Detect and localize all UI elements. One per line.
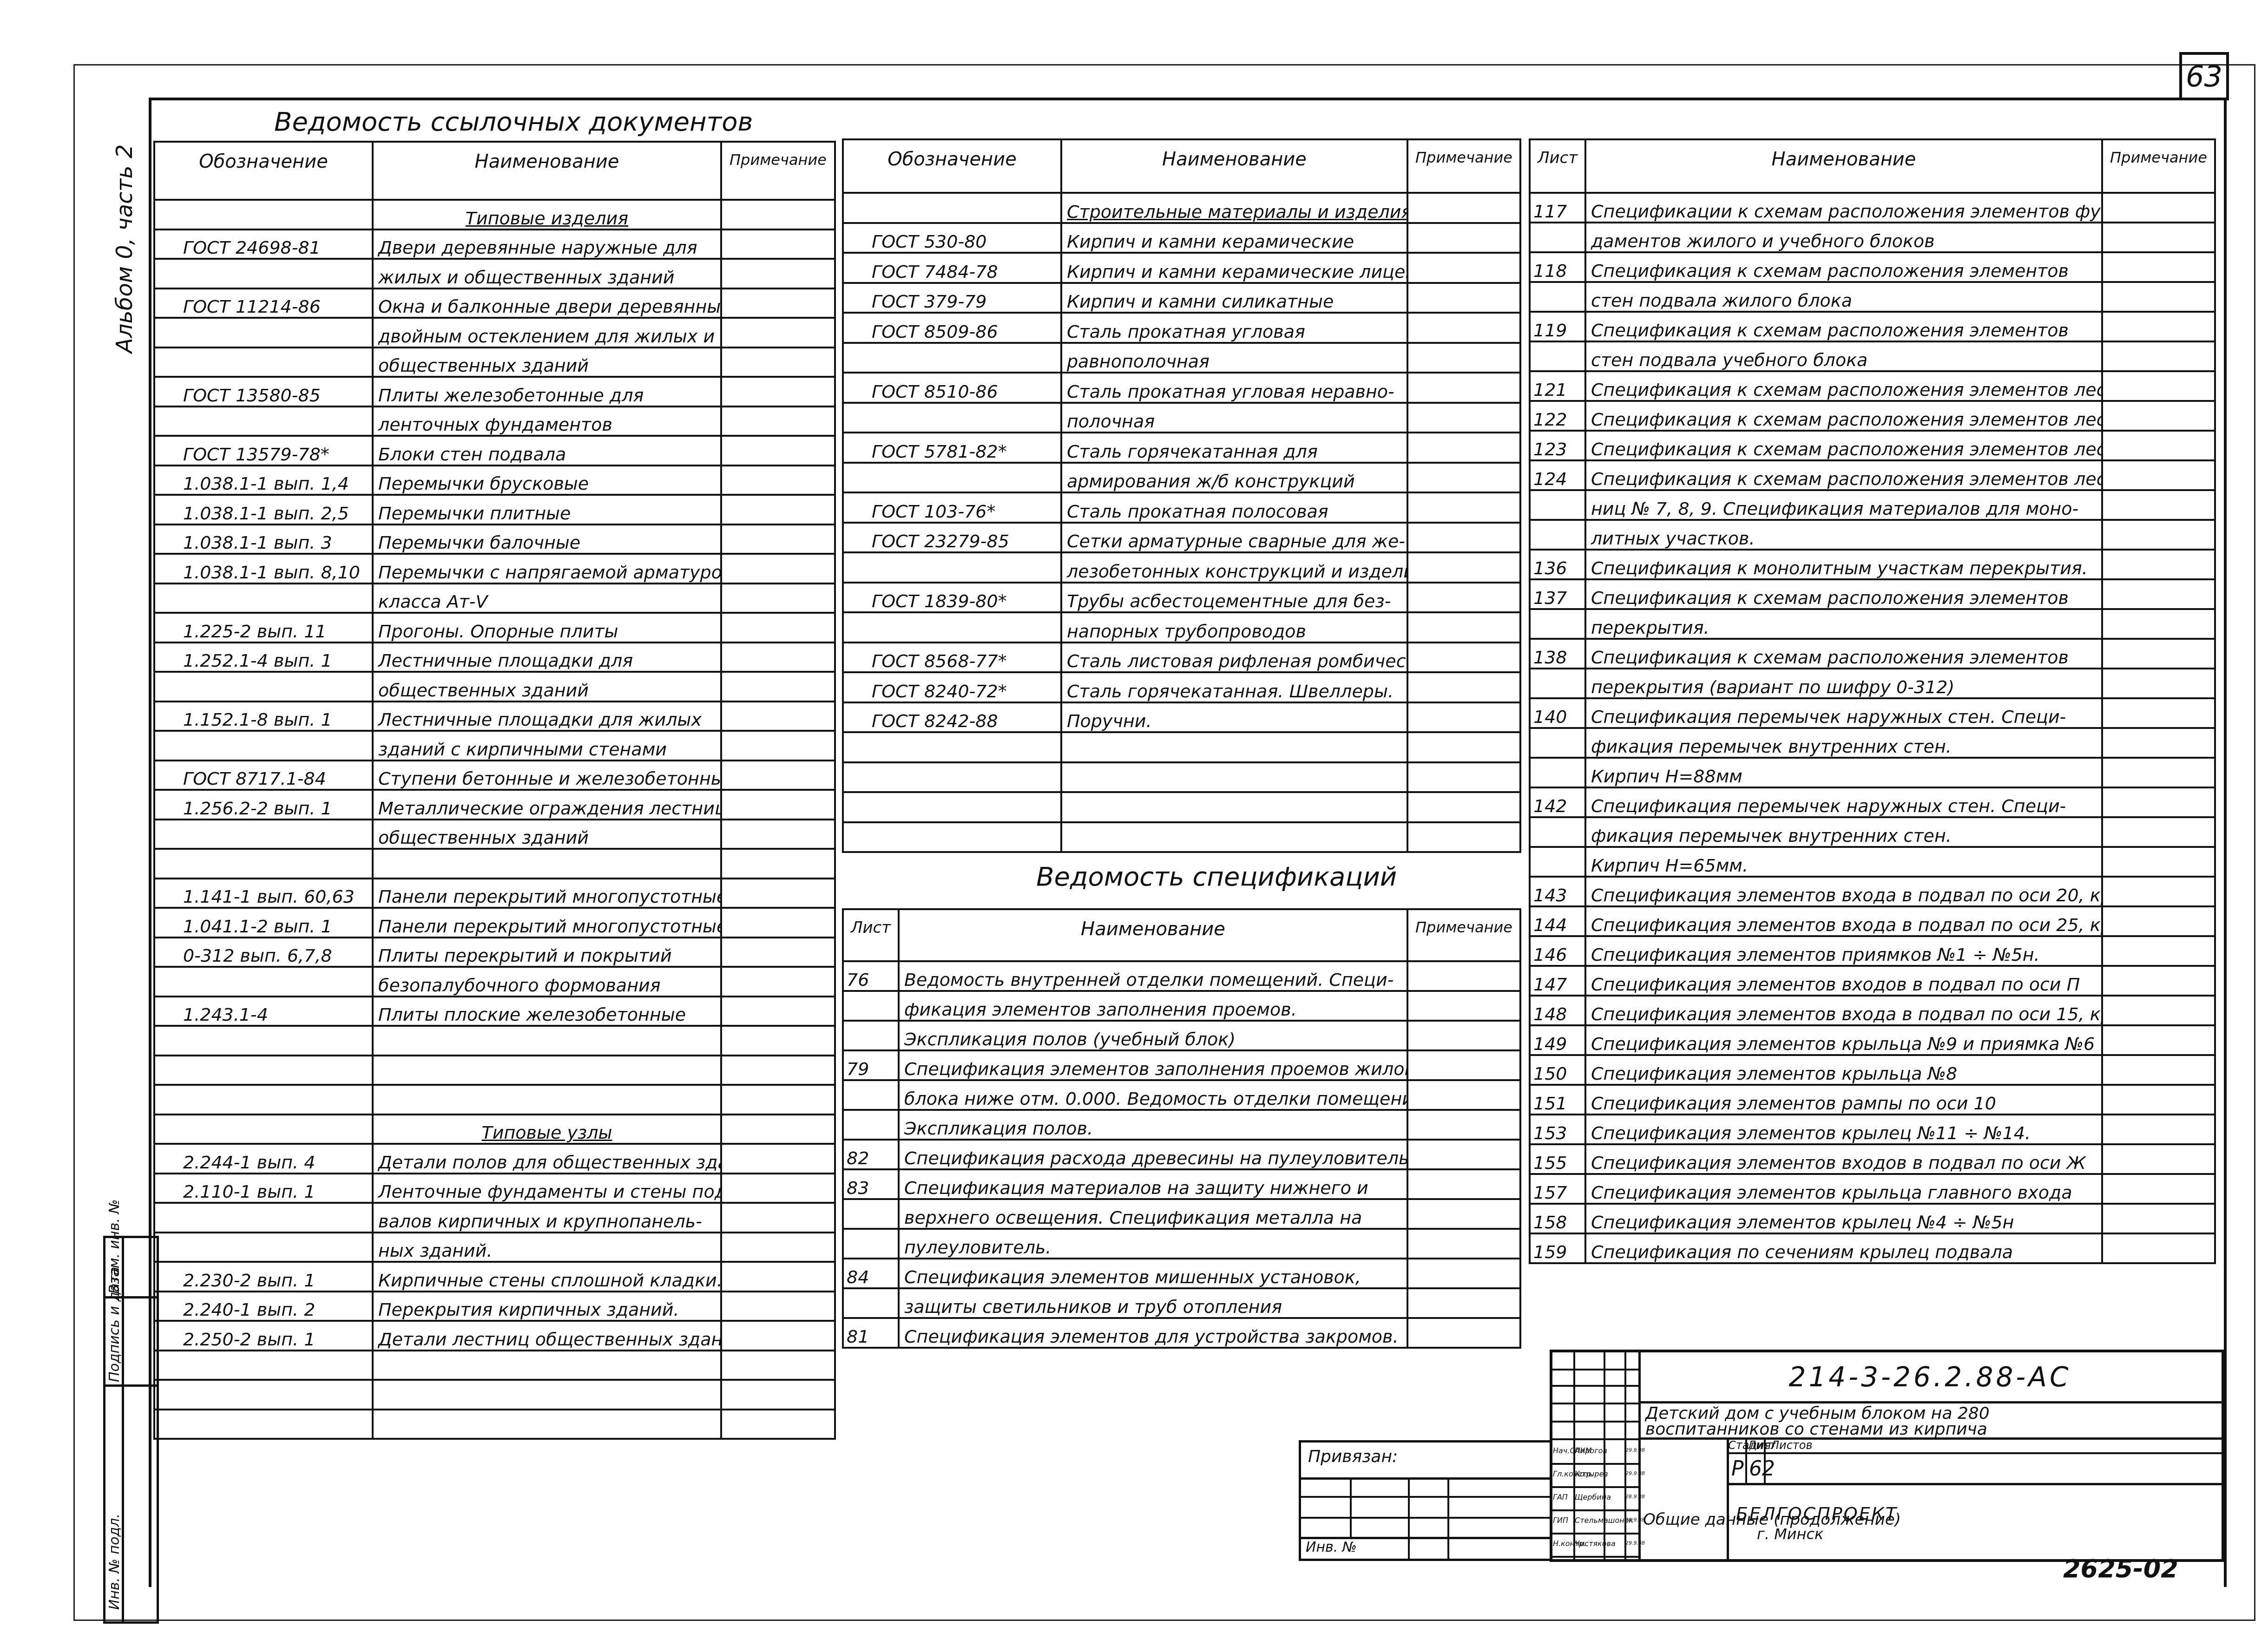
cell-note [2102,1115,2215,1144]
cell-sheet [1530,728,1585,758]
cell-note [2102,431,2215,460]
cell-name: жилых и общественных зданий [373,259,721,289]
table-row: 149Спецификация элементов крыльца №9 и п… [1530,1025,2215,1055]
table-row: общественных зданий [154,348,835,377]
cell-code: 1.152.1-8 вып. 1 [154,702,373,731]
cell-sheet: 136 [1530,550,1585,579]
table-row: общественных зданий [154,672,835,702]
cell-name: класса Ат-V [373,584,721,613]
cell-note [2102,371,2215,401]
table-row: фикация перемычек внутренних стен. [1530,817,2215,847]
table-row: 76Ведомость внутренней отделки помещений… [843,961,1520,991]
table-row: 81Спецификация элементов для устройства … [843,1318,1520,1348]
table-row: 1.038.1-1 вып. 8,10Перемычки с напрягаем… [154,554,835,584]
cell-note [2102,1085,2215,1115]
table-row: ГОСТ 8509-86Сталь прокатная угловая [843,313,1520,343]
signature-name: Щербина [1575,1493,1611,1502]
cell-code [154,1233,373,1262]
cell-note [1407,822,1520,853]
cell-note [1407,403,1520,433]
cell-name: Спецификация элементов входов в подвал п… [1585,966,2102,996]
table-row: 2.240-1 вып. 2Перекрытия кирпичных здани… [154,1292,835,1321]
cell-code [154,849,373,879]
cell-note [1407,702,1520,733]
cell-code: ГОСТ 379-79 [843,283,1061,313]
header-note: Примечание [1407,909,1520,961]
table-row: ГОСТ 13579-78*Блоки стен подвала [154,436,835,466]
table-row: зданий с кирпичными стенами [154,731,835,761]
cell-code: ГОСТ 23279-85 [843,523,1061,553]
cell-note [2102,817,2215,847]
cell-name: Спецификация элементов рампы по оси 10 [1585,1085,2102,1115]
cell-note [721,1085,835,1115]
cell-name: Спецификация элементов для устройства за… [899,1318,1407,1348]
cell-note [1407,193,1520,223]
cell-name: общественных зданий [373,820,721,849]
cell-name: Спецификация элементов крылец №11 ÷ №14. [1585,1115,2102,1144]
cell-note [2102,1055,2215,1085]
cell-sheet: 138 [1530,639,1585,669]
cell-sheet: 147 [1530,966,1585,996]
cell-note [1407,762,1520,793]
section-heading: Типовые узлы [482,1122,612,1143]
table-row: перекрытия. [1530,609,2215,639]
bound-block: Привязан: Инв. № [1299,1440,1552,1561]
cell-note [721,849,835,879]
cell-name: полочная [1061,403,1407,433]
table-row: безопалубочного формования [154,967,835,997]
cell-note [721,289,835,318]
cell-code [154,1380,373,1410]
cell-code: 1.038.1-1 вып. 3 [154,525,373,554]
table-row: 150Спецификация элементов крыльца №8 [1530,1055,2215,1085]
cell-note [2102,1174,2215,1204]
cell-note [721,761,835,790]
table-row: 84Спецификация элементов мишенных устано… [843,1259,1520,1288]
cell-name: Перемычки брусковые [373,466,721,495]
cell-name [1061,732,1407,762]
cell-code [843,612,1061,643]
cell-code [843,792,1061,822]
header-name: Наименование [1585,139,2102,193]
table-row: 155Спецификация элементов входов в подва… [1530,1144,2215,1174]
cell-note [1407,1021,1520,1050]
cell-note [721,790,835,820]
table-row: 2.244-1 вып. 4Детали полов для обществен… [154,1144,835,1174]
cell-name: Сталь прокатная угловая [1061,313,1407,343]
cell-sheet: 153 [1530,1115,1585,1144]
cell-code: ГОСТ 24698-81 [154,230,373,259]
cell-sheet: 122 [1530,401,1585,431]
cell-name: Экспликация полов (учебный блок) [899,1021,1407,1050]
signature-row: Гл.констр.Козырев29.9.88 [1552,1463,1638,1488]
table-row: 1.038.1-1 вып. 3Перемычки балочные [154,525,835,554]
cell-code [154,259,373,289]
cell-note [2102,639,2215,669]
cell-name: Поручни. [1061,702,1407,733]
cell-note [721,230,835,259]
sheets-label: Листов [1771,1439,1813,1452]
signature-date: 28.9.88 [1625,1494,1645,1500]
cell-code: 2.110-1 вып. 1 [154,1174,373,1203]
cell-code [154,1203,373,1233]
cell-code [843,403,1061,433]
table-row: фикация перемычек внутренних стен. [1530,728,2215,758]
cell-note [1407,991,1520,1021]
cell-sheet: 155 [1530,1144,1585,1174]
cell-name: Спецификация элементов приямков №1 ÷ №5н… [1585,936,2102,966]
table-row: 136Спецификация к монолитным участкам пе… [1530,550,2215,579]
cell-note [2102,936,2215,966]
cell-note [2102,223,2215,252]
cell-name: Спецификация материалов на защиту нижнег… [899,1169,1407,1199]
table-row: 2.110-1 вып. 1Ленточные фундаменты и сте… [154,1174,835,1203]
table-row: ГОСТ 8510-86Сталь прокатная угловая нера… [843,373,1520,403]
cell-name: Спецификация элементов входа в подвал по… [1585,996,2102,1025]
cell-sheet [843,1199,899,1229]
table-row: 1.256.2-2 вып. 1Металлические ограждения… [154,790,835,820]
cell-code: 1.038.1-1 вып. 8,10 [154,554,373,584]
cell-note [2102,609,2215,639]
cell-code [154,1410,373,1439]
table-row [154,1026,835,1056]
cell-code [843,762,1061,793]
signature-date: 29.9.88 [1625,1470,1645,1476]
table-row: 121Спецификация к схемам расположения эл… [1530,371,2215,401]
table-row: 1.225-2 вып. 11Прогоны. Опорные плиты [154,613,835,643]
cell-code [843,193,1061,223]
cell-sheet [843,1288,899,1318]
cell-code: 2.230-2 вып. 1 [154,1262,373,1292]
cell-note [721,495,835,525]
cell-note [2102,877,2215,906]
cell-name: Панели перекрытий многопустотные [373,908,721,938]
cell-sheet: 158 [1530,1204,1585,1233]
table-row: Строительные материалы и изделия [843,193,1520,223]
cell-name: Спецификация перемычек наружных стен. Сп… [1585,698,2102,728]
cell-note [721,967,835,997]
table-row: литных участков. [1530,520,2215,550]
cell-note [721,348,835,377]
cell-note [2102,847,2215,877]
cell-note [721,702,835,731]
cell-note [721,584,835,613]
cell-code: 1.243.1-4 [154,997,373,1026]
sheet-value: 62 [1749,1457,1775,1481]
cell-note [721,672,835,702]
cell-note [721,1203,835,1233]
table-row [154,1085,835,1115]
header-name: Наименование [373,142,721,200]
signature-row: Нач.САКМПирогов29.9.88 [1552,1440,1638,1465]
cell-name: Детали полов для общественных зданий. [373,1144,721,1174]
cell-note [2102,996,2215,1025]
cell-name: Спецификация расхода древесины на пулеул… [899,1140,1407,1169]
table-row: класса Ат-V [154,584,835,613]
cell-code [154,1351,373,1380]
table-row: армирования ж/б конструкций [843,463,1520,493]
cell-note [721,997,835,1026]
table-row: стен подвала жилого блока [1530,282,2215,312]
cell-name: Спецификация к схемам расположения элеме… [1585,460,2102,490]
cell-note [1407,1229,1520,1259]
cell-name: Спецификация к монолитным участкам перек… [1585,550,2102,579]
table-row: 1.252.1-4 вып. 1Лестничные площадки для [154,643,835,672]
cell-note [2102,579,2215,609]
spec-list-title: Ведомость спецификаций [1036,862,1397,892]
table-row: 153Спецификация элементов крылец №11 ÷ №… [1530,1115,2215,1144]
table-row: 82Спецификация расхода древесины на пуле… [843,1140,1520,1169]
table-row: 159Спецификация по сечениям крылец подва… [1530,1233,2215,1263]
cell-name: Спецификация к схемам расположения элеме… [1585,401,2102,431]
cell-note [2102,728,2215,758]
cell-sheet: 137 [1530,579,1585,609]
cell-name: литных участков. [1585,520,2102,550]
cell-name: двойным остеклением для жилых и [373,318,721,348]
project-name: Детский дом с учебным блоком на 280 восп… [1645,1406,2017,1437]
table-row: ГОСТ 24698-81Двери деревянные наружные д… [154,230,835,259]
cell-note [2102,669,2215,698]
cell-code [154,1115,373,1144]
table-row: 83Спецификация материалов на защиту нижн… [843,1169,1520,1199]
section-heading: Типовые изделия [466,208,628,229]
cell-note [1407,433,1520,463]
side-stamp: Инв. № подл. Подпись и дата Взам. инв. № [103,1236,159,1624]
cell-note [721,200,835,230]
cell-note [1407,463,1520,493]
cell-note [721,436,835,466]
cell-code: 1.038.1-1 вып. 1,4 [154,466,373,495]
cell-name: Спецификация к схемам расположения элеме… [1585,579,2102,609]
cell-name: верхнего освещения. Спецификация металла… [899,1199,1407,1229]
cell-sheet [1530,669,1585,698]
table-row: ГОСТ 7484-78Кирпич и камни керамические … [843,253,1520,283]
table-row [843,732,1520,762]
cell-name: Спецификация элементов входа в подвал по… [1585,877,2102,906]
cell-code: 1.038.1-1 вып. 2,5 [154,495,373,525]
cell-note [1407,1140,1520,1169]
signature-name: Стельмашонок [1575,1516,1633,1525]
cell-note [2102,312,2215,341]
cell-sheet: 82 [843,1140,899,1169]
cell-note [721,377,835,407]
cell-note [2102,1233,2215,1263]
cell-name: блока ниже отм. 0.000. Ведомость отделки… [899,1080,1407,1110]
cell-note [2102,282,2215,312]
header-designation: Обозначение [843,139,1061,193]
cell-sheet: 140 [1530,698,1585,728]
cell-name: ленточных фундаментов [373,407,721,436]
header-name: Наименование [899,909,1407,961]
table-row: ГОСТ 23279-85Сетки арматурные сварные дл… [843,523,1520,553]
cell-note [2102,341,2215,371]
cell-note [721,1351,835,1380]
table-row: полочная [843,403,1520,433]
cell-name: Спецификация по сечениям крылец подвала [1585,1233,2102,1263]
cell-sheet: 149 [1530,1025,1585,1055]
cell-code [154,200,373,230]
cell-code: ГОСТ 11214-86 [154,289,373,318]
cell-code [843,552,1061,583]
cell-sheet [1530,847,1585,877]
cell-note [1407,792,1520,822]
cell-sheet: 159 [1530,1233,1585,1263]
table-row: 79Спецификация элементов заполнения прое… [843,1050,1520,1080]
table-row: ниц № 7, 8, 9. Спецификация материалов д… [1530,490,2215,520]
cell-code [843,463,1061,493]
side-stamp-inv-sub: Инв. № подл. [106,1514,123,1610]
cell-note [1407,1169,1520,1199]
cell-note [2102,252,2215,282]
spec-list-table-middle: Лист Наименование Примечание 76Ведомость… [842,908,1521,1349]
table-row [843,822,1520,853]
cell-name: Спецификация элементов входов в подвал п… [1585,1144,2102,1174]
cell-name: Окна и балконные двери деревянные с [373,289,721,318]
cell-sheet: 76 [843,961,899,991]
cell-name: Перемычки плитные [373,495,721,525]
cell-name: Кирпич H=88мм [1585,758,2102,787]
header-note: Примечание [2102,139,2215,193]
table-row: 118Спецификация к схемам расположения эл… [1530,252,2215,282]
cell-note [2102,193,2215,223]
cell-name: стен подвала учебного блока [1585,341,2102,371]
cell-note [2102,758,2215,787]
table-row: ГОСТ 8242-88Поручни. [843,702,1520,733]
cell-sheet: 150 [1530,1055,1585,1085]
table-row: ГОСТ 379-79Кирпич и камни силикатные [843,283,1520,313]
cell-sheet: 124 [1530,460,1585,490]
table-row: Типовые изделия [154,200,835,230]
signature-role: ГАП [1553,1493,1568,1502]
table-row: 1.141-1 вып. 60,63Панели перекрытий мног… [154,879,835,908]
cell-sheet: 119 [1530,312,1585,341]
table-row: общественных зданий [154,820,835,849]
cell-code: ГОСТ 13579-78* [154,436,373,466]
table-row: 119Спецификация к схемам расположения эл… [1530,312,2215,341]
cell-name: Спецификации к схемам расположения элеме… [1585,193,2102,223]
table-row: 1.038.1-1 вып. 1,4Перемычки брусковые [154,466,835,495]
cell-note [2102,460,2215,490]
cell-name: валов кирпичных и крупнопанель- [373,1203,721,1233]
table-row: Экспликация полов. [843,1110,1520,1140]
cell-name: Металлические ограждения лестниц [373,790,721,820]
cell-note [1407,1110,1520,1140]
cell-note [721,1115,835,1144]
cell-name: защиты светильников и труб отопления [899,1288,1407,1318]
cell-code: ГОСТ 8717.1-84 [154,761,373,790]
cell-sheet: 157 [1530,1174,1585,1204]
cell-name: лезобетонных конструкций и изделий [1061,552,1407,583]
table-row: 148Спецификация элементов входа в подвал… [1530,996,2215,1025]
cell-code: 1.252.1-4 вып. 1 [154,643,373,672]
bound-label: Привязан: [1308,1447,1398,1466]
cell-code [154,820,373,849]
table-row: перекрытия (вариант по шифру 0-312) [1530,669,2215,698]
cell-name: Перемычки балочные [373,525,721,554]
cell-name: Ленточные фундаменты и стены под- [373,1174,721,1203]
page-number-text: 63 [2186,59,2222,93]
cell-name: перекрытия (вариант по шифру 0-312) [1585,669,2102,698]
table-row [154,1410,835,1439]
spec-list-table-right: Лист Наименование Примечание 117Специфик… [1529,138,2216,1264]
cell-note [2102,490,2215,520]
cell-name: Кирпичные стены сплошной кладки. [373,1262,721,1292]
cell-sheet: 142 [1530,787,1585,817]
cell-note [1407,492,1520,523]
album-label: Альбом 0, часть 2 [112,144,138,353]
cell-name: Прогоны. Опорные плиты [373,613,721,643]
side-stamp-replace: Взам. инв. № [106,1199,123,1294]
cell-sheet [1530,490,1585,520]
cell-note [721,1144,835,1174]
table-row: жилых и общественных зданий [154,259,835,289]
cell-note [721,1262,835,1292]
cell-sheet [1530,223,1585,252]
cell-code: ГОСТ 530-80 [843,223,1061,253]
signature-date: 29.9.88 [1625,1447,1645,1453]
table-row: верхнего освещения. Спецификация металла… [843,1199,1520,1229]
cell-name: Типовые узлы [373,1115,721,1144]
cell-note [1407,223,1520,253]
table-row [843,792,1520,822]
cell-note [721,613,835,643]
cell-name: Спецификация перемычек наружных стен. Сп… [1585,787,2102,817]
header-sheet: Лист [1530,139,1585,193]
cell-note [1407,552,1520,583]
table-row: 137Спецификация к схемам расположения эл… [1530,579,2215,609]
cell-code: ГОСТ 13580-85 [154,377,373,407]
cell-sheet [1530,341,1585,371]
cell-code: ГОСТ 8568-77* [843,643,1061,673]
table-row: Кирпич H=88мм [1530,758,2215,787]
cell-name: Сталь листовая рифленая ромбическая [1061,643,1407,673]
cell-code [154,407,373,436]
cell-sheet: 151 [1530,1085,1585,1115]
cell-name: Двери деревянные наружные для [373,230,721,259]
cell-code [154,584,373,613]
cell-note [1407,253,1520,283]
cell-name: даментов жилого и учебного блоков [1585,223,2102,252]
cell-name: Детали лестниц общественных зданий. [373,1321,721,1351]
cell-name: Спецификация элементов крылец №4 ÷ №5н [1585,1204,2102,1233]
cell-name: Трубы асбестоцементные для без- [1061,583,1407,613]
cell-sheet: 79 [843,1050,899,1080]
table-row: 140Спецификация перемычек наружных стен.… [1530,698,2215,728]
table-row: даментов жилого и учебного блоков [1530,223,2215,252]
org-city: г. Минск [1757,1525,1823,1543]
table-row: пулеуловитель. [843,1229,1520,1259]
cell-code: ГОСТ 5781-82* [843,433,1061,463]
cell-code: ГОСТ 8509-86 [843,313,1061,343]
cell-name: Перемычки с напрягаемой арматурой [373,554,721,584]
cell-name: Блоки стен подвала [373,436,721,466]
table-row: ленточных фундаментов [154,407,835,436]
cell-name: безопалубочного формования [373,967,721,997]
cell-note [721,938,835,967]
cell-name [373,1380,721,1410]
cell-name: общественных зданий [373,672,721,702]
cell-name: Спецификация к схемам расположения элеме… [1585,431,2102,460]
cell-name: Плиты перекрытий и покрытий [373,938,721,967]
cell-name: фикация перемычек внутренних стен. [1585,728,2102,758]
cell-code [154,672,373,702]
table-row: Типовые узлы [154,1115,835,1144]
cell-name: Типовые изделия [373,200,721,230]
cell-note [721,1233,835,1262]
cell-code [154,1085,373,1115]
table-row: Кирпич H=65мм. [1530,847,2215,877]
cell-sheet [1530,520,1585,550]
